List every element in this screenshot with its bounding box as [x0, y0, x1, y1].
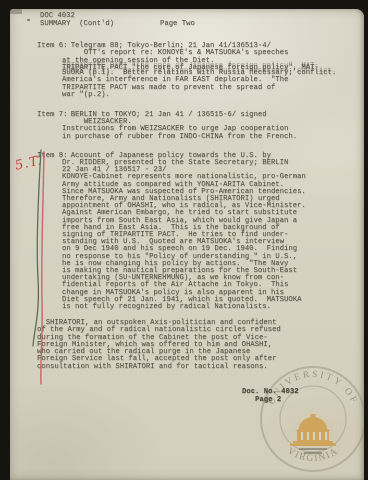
item-6-text-b: America's interference in FAR EAST deplo… — [62, 77, 336, 99]
document-page: UNIVERSITY OF VIRGINIA — [10, 9, 364, 480]
item-label: Item 6: — [37, 43, 67, 50]
scan-artifact — [10, 9, 22, 14]
item-6-text-a: Telegram 88; Tokyo-Berlin; 21 Jan 41/136… — [62, 43, 336, 65]
item-7-text: BERLIN to TOKYO; 21 Jan 41 / 136515-6/ s… — [62, 112, 336, 141]
item-8: Item 8: Account of Japanese policy towar… — [30, 153, 336, 311]
seal-bottom-text: VIRGINIA — [285, 446, 340, 464]
seal-motto-bars — [299, 448, 327, 454]
ink-speck — [27, 19, 30, 21]
item-6: Item 6: Telegram 88; Tokyo-Berlin; 21 Ja… — [30, 43, 336, 99]
item-7: Item 7: BERLIN to TOKYO; 21 Jan 41 / 136… — [30, 112, 336, 141]
typed-content: DOC 4032 SUMMARY (Cont'd) Page Two Item … — [30, 13, 336, 404]
item-6-overstruck-text: TRIPARTITE PACT "the core of Japanese fo… — [62, 66, 336, 77]
rotunda-icon — [290, 414, 336, 446]
page-label: Page Two — [160, 21, 195, 29]
paragraph-shiratori: SHIRATORI, an outspoken Axis-politician … — [37, 320, 336, 370]
footer-doc-reference: Doc. No. 4032 Page 2 — [242, 389, 336, 405]
document-header: DOC 4032 SUMMARY (Cont'd) Page Two — [40, 13, 336, 28]
rotunda-column-gaps — [302, 432, 326, 440]
item-label: Item 7: — [37, 112, 67, 119]
scan-background: UNIVERSITY OF VIRGINIA — [0, 0, 368, 480]
item-8-text: Account of Japanese policy towards the U… — [62, 153, 336, 311]
